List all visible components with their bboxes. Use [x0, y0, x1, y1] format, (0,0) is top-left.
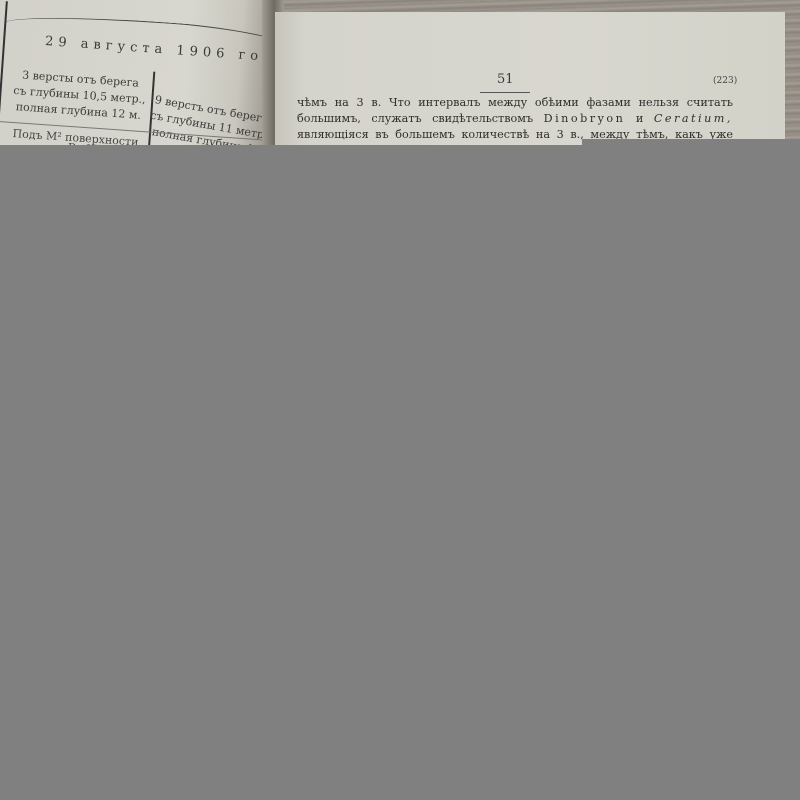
species-name: Dinobryon — [544, 112, 626, 125]
page-reference: (223) — [713, 76, 737, 86]
species-name: Ceratium, — [654, 112, 733, 125]
page-number: 51 — [497, 72, 514, 87]
occlusion-mask — [0, 145, 800, 800]
page-number-rule — [480, 92, 530, 93]
text-line: большимъ, служатъ свидѣтельствомъ Dinobr… — [297, 111, 733, 127]
text-line: чѣмъ на 3 в. Что интервалъ между обѣими … — [297, 95, 733, 111]
column-a-header: 3 версты отъ берега съ глубины 10,5 метр… — [8, 67, 151, 125]
